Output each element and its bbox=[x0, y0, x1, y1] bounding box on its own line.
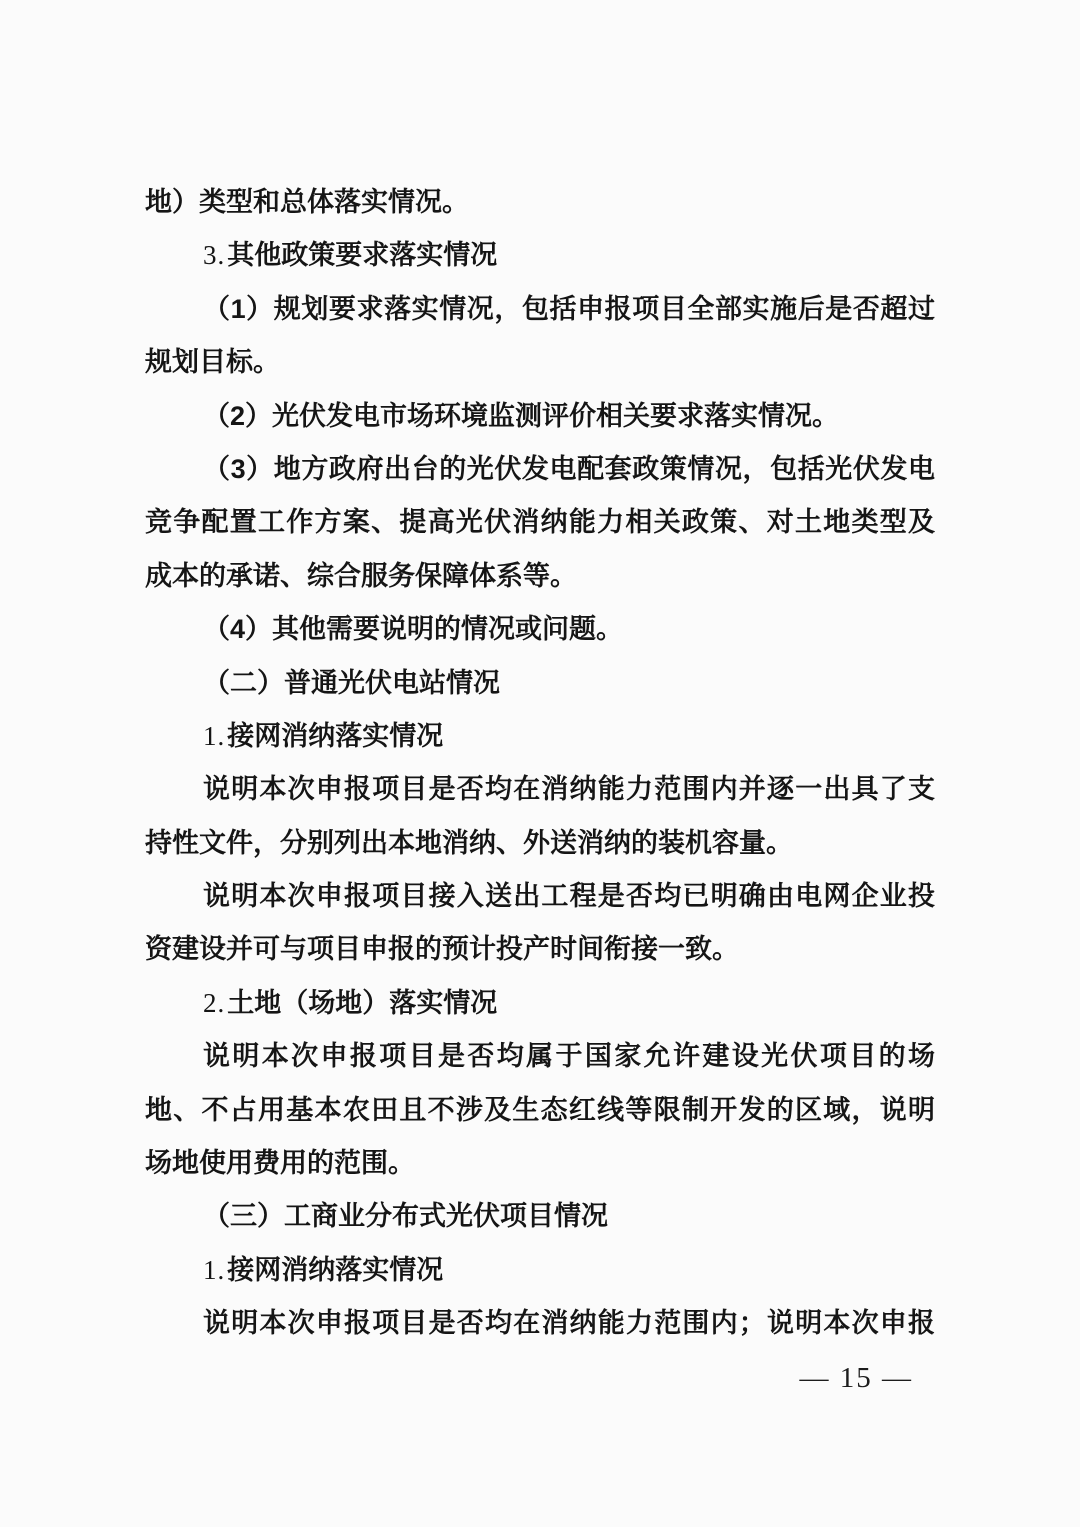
doc-heading-line: （二）普通光伏电站情况 bbox=[145, 657, 935, 710]
doc-line: 场地使用费用的范围。 bbox=[145, 1137, 935, 1190]
list-number: 1. bbox=[203, 721, 227, 751]
doc-line: 说明本次申报项目是否均在消纳能力范围内并逐一出具了支 bbox=[145, 763, 935, 816]
list-number: 3. bbox=[203, 240, 227, 270]
doc-line: 持性文件，分别列出本地消纳、外送消纳的装机容量。 bbox=[145, 817, 935, 870]
doc-line: （2）光伏发电市场环境监测评价相关要求落实情况。 bbox=[145, 390, 935, 443]
doc-line-text: 土地（场地）落实情况 bbox=[227, 988, 497, 1018]
doc-line-text: 其他政策要求落实情况 bbox=[227, 240, 497, 270]
doc-heading-line: 1.接网消纳落实情况 bbox=[145, 1244, 935, 1297]
doc-line: （4）其他需要说明的情况或问题。 bbox=[145, 603, 935, 656]
doc-line: 地）类型和总体落实情况。 bbox=[145, 176, 935, 229]
doc-line: 说明本次申报项目接入送出工程是否均已明确由电网企业投 bbox=[145, 870, 935, 923]
doc-heading-line: （三）工商业分布式光伏项目情况 bbox=[145, 1190, 935, 1243]
list-number: 1. bbox=[203, 1255, 227, 1285]
doc-line: 资建设并可与项目申报的预计投产时间衔接一致。 bbox=[145, 923, 935, 976]
doc-line: （3）地方政府出台的光伏发电配套政策情况，包括光伏发电 bbox=[145, 443, 935, 496]
doc-line: 竞争配置工作方案、提高光伏消纳能力相关政策、对土地类型及 bbox=[145, 496, 935, 549]
document-page: 地）类型和总体落实情况。 3.其他政策要求落实情况 （1）规划要求落实情况，包括… bbox=[0, 0, 1080, 1527]
doc-line: （1）规划要求落实情况，包括申报项目全部实施后是否超过 bbox=[145, 283, 935, 336]
page-number: — 15 — bbox=[800, 1358, 914, 1398]
list-number: 2. bbox=[203, 988, 227, 1018]
doc-line: 地、不占用基本农田且不涉及生态红线等限制开发的区域，说明 bbox=[145, 1084, 935, 1137]
document-text-block: 地）类型和总体落实情况。 3.其他政策要求落实情况 （1）规划要求落实情况，包括… bbox=[145, 176, 935, 1351]
doc-line-text: 接网消纳落实情况 bbox=[227, 721, 443, 751]
doc-line: 说明本次申报项目是否均在消纳能力范围内；说明本次申报 bbox=[145, 1297, 935, 1350]
doc-heading-line: 1.接网消纳落实情况 bbox=[145, 710, 935, 763]
doc-line: 规划目标。 bbox=[145, 336, 935, 389]
doc-line-text: 接网消纳落实情况 bbox=[227, 1255, 443, 1285]
doc-heading-line: 2.土地（场地）落实情况 bbox=[145, 977, 935, 1030]
doc-heading-line: 3.其他政策要求落实情况 bbox=[145, 229, 935, 282]
doc-line: 说明本次申报项目是否均属于国家允许建设光伏项目的场 bbox=[145, 1030, 935, 1083]
doc-line: 成本的承诺、综合服务保障体系等。 bbox=[145, 550, 935, 603]
